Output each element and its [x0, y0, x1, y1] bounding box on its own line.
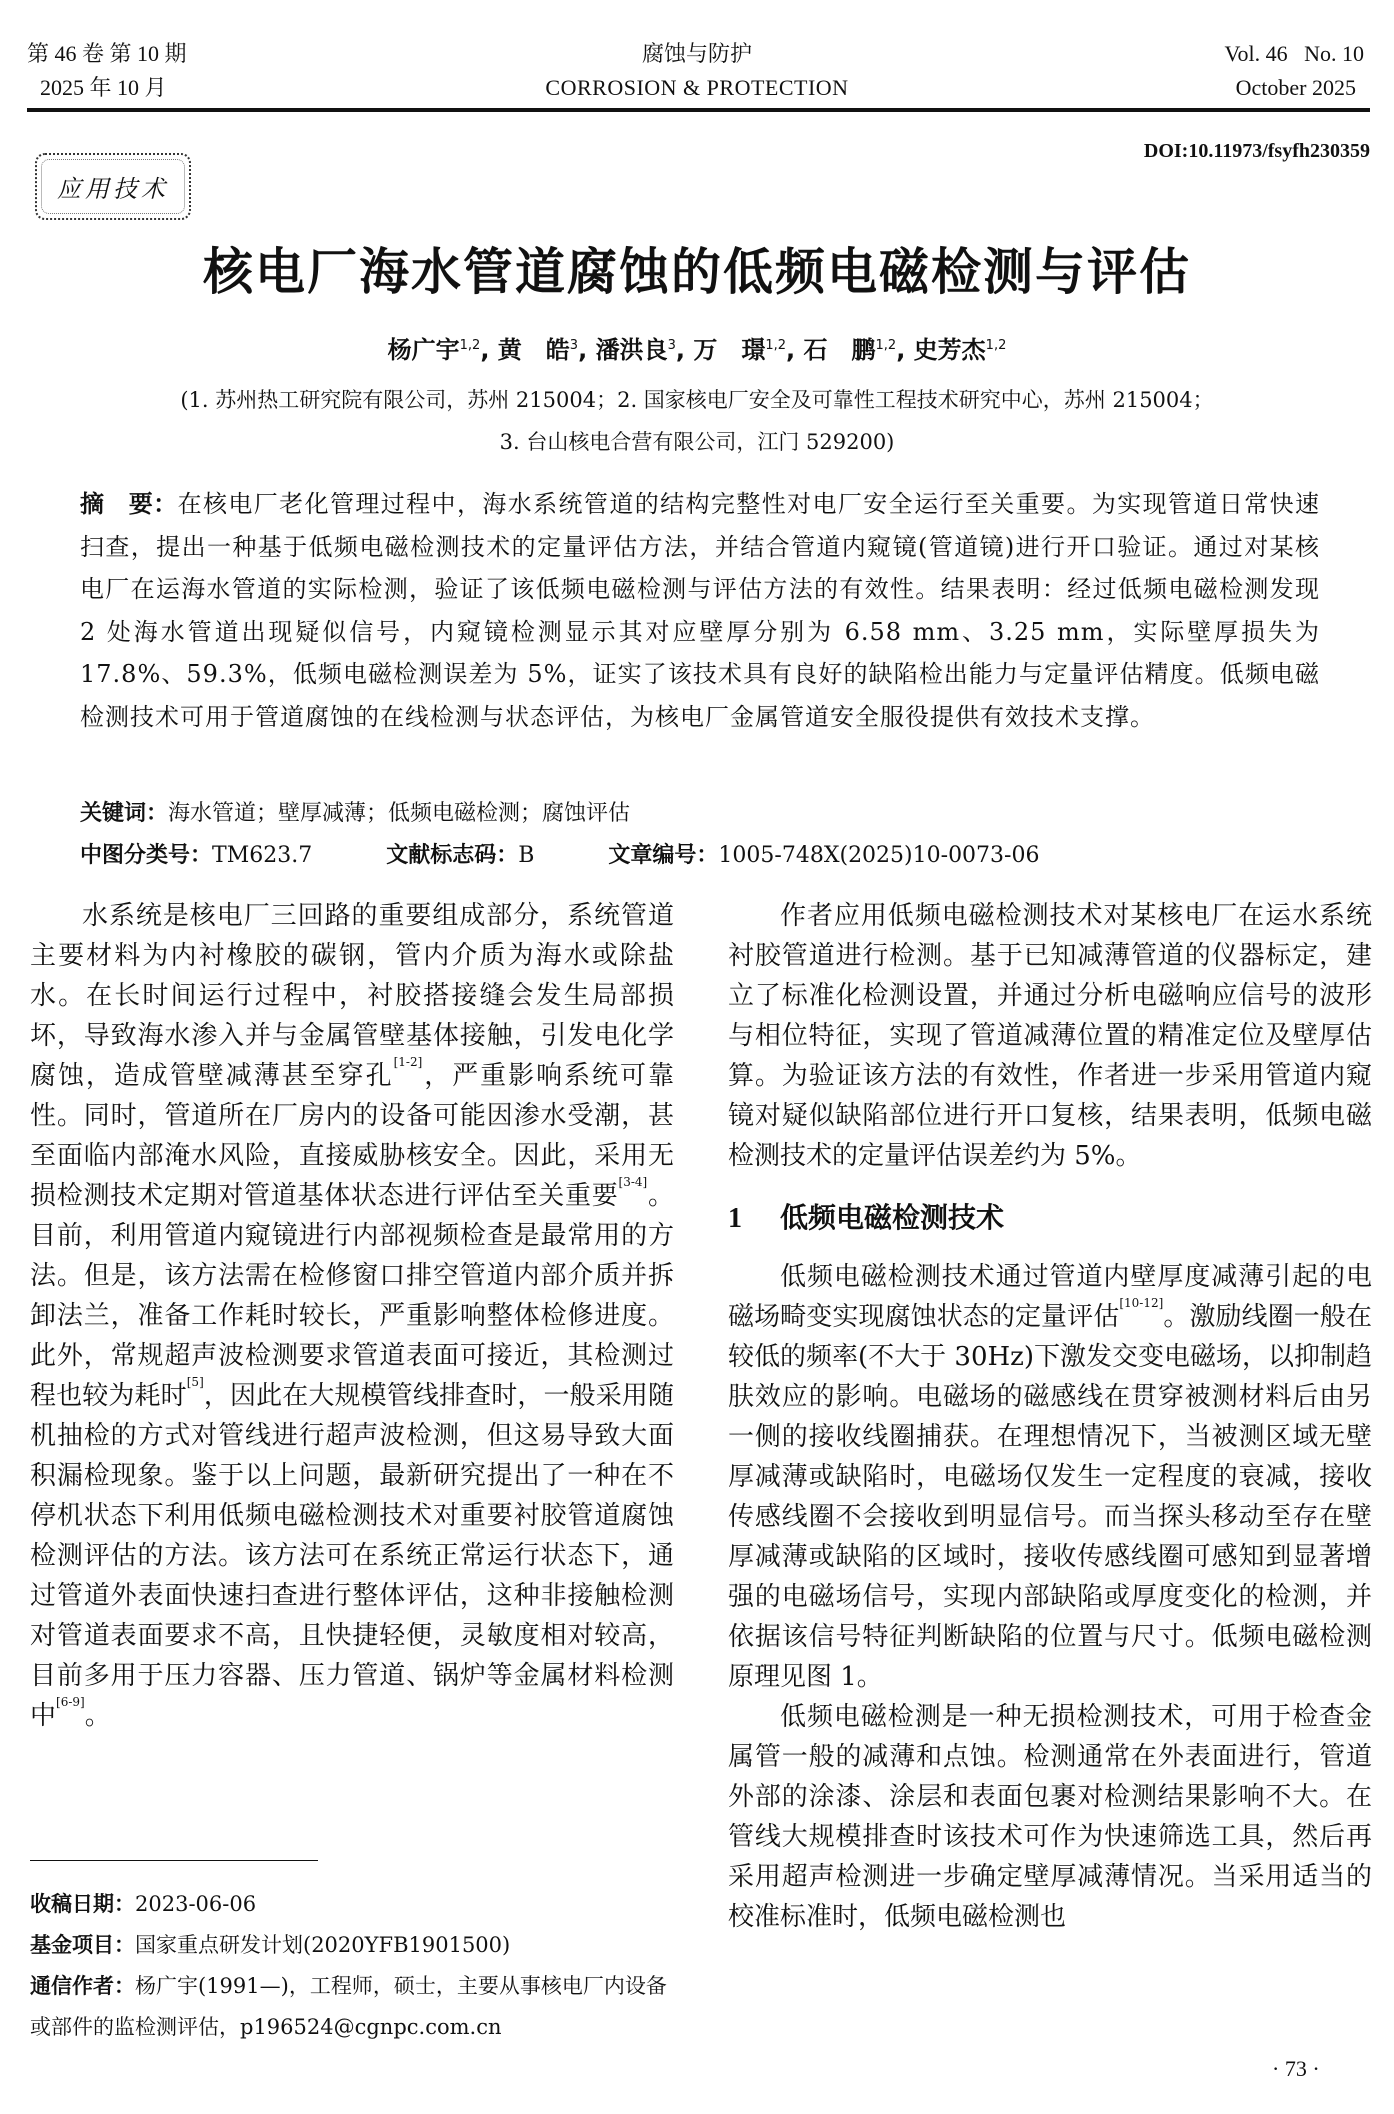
author-affiliation-mark: 1,2 — [460, 338, 481, 353]
footnote-rule — [30, 1860, 318, 1861]
footnote-fund: 基金项目：国家重点研发计划(2020YFB1901500) — [30, 1925, 674, 1966]
author-affiliation-mark: 1,2 — [876, 338, 897, 353]
keywords: 关键词：海水管道；壁厚减薄；低频电磁检测；腐蚀评估 — [80, 796, 630, 827]
received-label: 收稿日期： — [30, 1892, 135, 1916]
author-affiliation-mark: 3 — [570, 338, 578, 353]
body-text: ，因此在大规模管线排查时，一般采用随机抽检的方式对管线进行超声波检测，但这易导致… — [30, 1381, 674, 1731]
header-journal-en: CORROSION & PROTECTION — [0, 72, 1394, 104]
citation[interactable]: [5] — [187, 1375, 204, 1389]
body-paragraph: 低频电磁检测是一种无损检测技术，可用于检查金属管一般的减薄和点蚀。检测通常在外表… — [728, 1697, 1372, 1937]
body-right-column: 作者应用低频电磁检测技术对某核电厂在运水系统衬胶管道进行检测。基于已知减薄管道的… — [728, 896, 1372, 1937]
header-journal-cn: 腐蚀与防护 — [0, 38, 1394, 70]
clc-label: 中图分类号： — [80, 843, 212, 868]
column-tag-box: 应用技术 — [35, 153, 191, 220]
section-heading: 1低频电磁检测技术 — [728, 1198, 1372, 1239]
author-name: 黄 皓 — [498, 336, 570, 364]
citation[interactable]: [6-9] — [56, 1695, 85, 1709]
body-paragraph: 作者应用低频电磁检测技术对某核电厂在运水系统衬胶管道进行检测。基于已知减薄管道的… — [728, 896, 1372, 1176]
body-paragraph: 低频电磁检测技术通过管道内壁厚度减薄引起的电磁场畸变实现腐蚀状态的定量评估[10… — [728, 1257, 1372, 1697]
header-rule — [27, 108, 1370, 112]
section-title: 低频电磁检测技术 — [780, 1201, 1004, 1234]
body-text: 。激励线圈一般在较低的频率(不大于 30Hz)下激发交变电磁场，以抑制趋肤效应的… — [728, 1302, 1372, 1692]
keywords-label: 关键词： — [80, 801, 168, 826]
corresponding-label: 通信作者： — [30, 1974, 135, 1998]
author-name: 潘洪良 — [596, 336, 668, 364]
citation[interactable]: [10-12] — [1119, 1296, 1163, 1310]
doc-code-value: B — [518, 843, 534, 868]
author-name: 杨广宇 — [388, 336, 460, 364]
affiliation-line-2: 3. 台山核电合营有限公司，江门 529200) — [0, 426, 1394, 456]
doc-code-label: 文献标志码： — [386, 843, 518, 868]
author-affiliation-mark: 1,2 — [986, 338, 1007, 353]
article-number-value: 1005-748X(2025)10-0073-06 — [718, 843, 1039, 868]
citation[interactable]: [1-2] — [394, 1055, 423, 1069]
author-list: 杨广宇1,2, 黄 皓3, 潘洪良3, 万 璟1,2, 石 鹏1,2, 史芳杰1… — [0, 330, 1394, 365]
footnote-received: 收稿日期：2023-06-06 — [30, 1884, 674, 1925]
page-number: · 73 · — [1272, 2056, 1320, 2082]
column-tag: 应用技术 — [57, 169, 169, 204]
body-text: 。 — [85, 1701, 111, 1731]
author-affiliation-mark: 1,2 — [765, 338, 786, 353]
author-name: 史芳杰 — [914, 336, 986, 364]
classification-line: 中图分类号：TM623.7 文献标志码：B 文章编号：1005-748X(202… — [80, 838, 1039, 869]
affiliation-line-1: (1. 苏州热工研究院有限公司，苏州 215004；2. 国家核电厂安全及可靠性… — [0, 384, 1394, 414]
footnote-corresponding-author: 通信作者：杨广宇(1991—)，工程师，硕士，主要从事核电厂内设备或部件的监检测… — [30, 1966, 674, 2048]
article-number-label: 文章编号： — [608, 843, 718, 868]
received-value: 2023-06-06 — [135, 1892, 256, 1916]
header-date-en: October 2025 — [1236, 72, 1356, 104]
header-volume-issue-en: Vol. 46 No. 10 — [1224, 38, 1364, 70]
body-left-column: 水系统是核电厂三回路的重要组成部分，系统管道主要材料为内衬橡胶的碳钢，管内介质为… — [30, 896, 674, 1736]
abstract: 摘 要：在核电厂老化管理过程中，海水系统管道的结构完整性对电厂安全运行至关重要。… — [80, 483, 1320, 739]
clc-value: TM623.7 — [212, 843, 312, 868]
abstract-label: 摘 要： — [80, 490, 178, 518]
fund-label: 基金项目： — [30, 1933, 135, 1957]
author-name: 万 璟 — [693, 336, 765, 364]
author-affiliation-mark: 3 — [668, 338, 676, 353]
abstract-text: 在核电厂老化管理过程中，海水系统管道的结构完整性对电厂安全运行至关重要。为实现管… — [80, 490, 1320, 731]
article-title: 核电厂海水管道腐蚀的低频电磁检测与评估 — [0, 232, 1394, 304]
citation[interactable]: [3-4] — [619, 1175, 648, 1189]
author-name: 石 鹏 — [804, 336, 876, 364]
body-text: 。目前，利用管道内窥镜进行内部视频检查是最常用的方法。但是，该方法需在检修窗口排… — [30, 1181, 674, 1411]
section-number: 1 — [728, 1199, 780, 1239]
doi: DOI:10.11973/fsyfh230359 — [1144, 140, 1370, 163]
keywords-text: 海水管道；壁厚减薄；低频电磁检测；腐蚀评估 — [168, 801, 630, 826]
fund-value: 国家重点研发计划(2020YFB1901500) — [135, 1933, 510, 1957]
body-paragraph: 水系统是核电厂三回路的重要组成部分，系统管道主要材料为内衬橡胶的碳钢，管内介质为… — [30, 896, 674, 1736]
